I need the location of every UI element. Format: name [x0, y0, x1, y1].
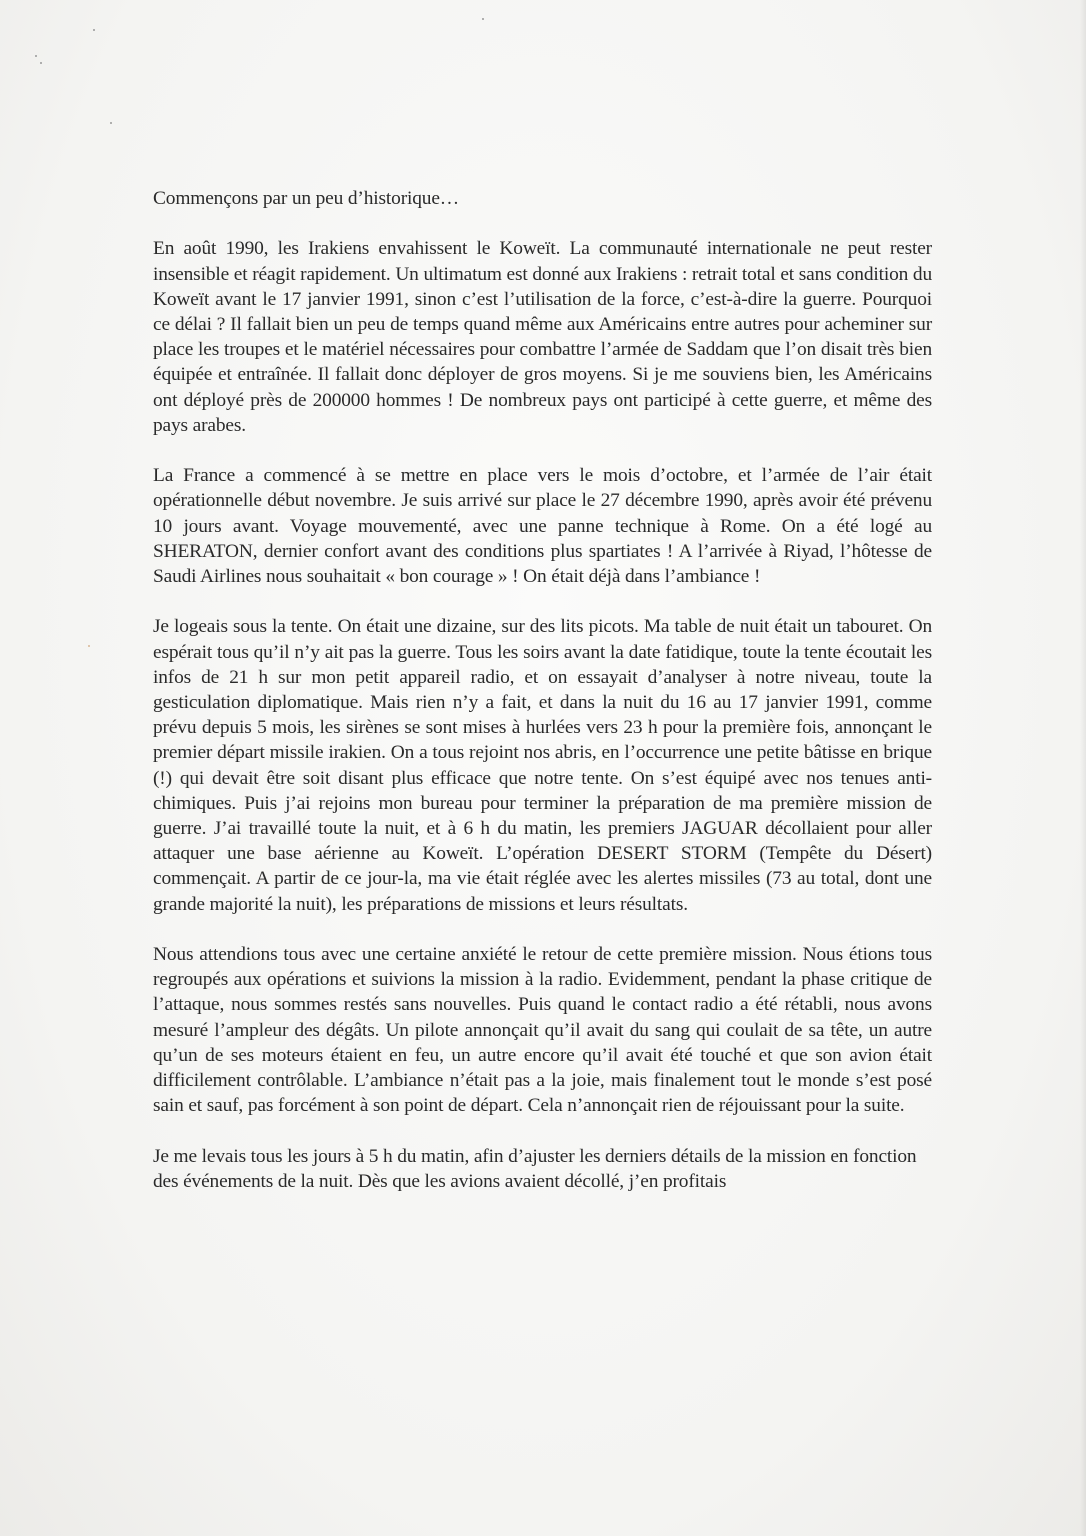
dust-speck: [40, 62, 42, 64]
document-body: Commençons par un peu d’historique… En a…: [153, 186, 932, 1194]
dust-speck: [93, 29, 95, 31]
dust-speck: [110, 122, 112, 124]
dust-speck: [482, 18, 484, 20]
scanned-page: Commençons par un peu d’historique… En a…: [0, 0, 1086, 1536]
page-edge-shadow: [1080, 0, 1086, 1536]
paragraph-arrivee: La France a commencé à se mettre en plac…: [153, 463, 932, 589]
dust-speck: [35, 55, 37, 57]
document-heading: Commençons par un peu d’historique…: [153, 186, 932, 211]
paragraph-routine: Je me levais tous les jours à 5 h du mat…: [153, 1144, 932, 1194]
paragraph-historique: En août 1990, les Irakiens envahissent l…: [153, 236, 932, 438]
paragraph-tente: Je logeais sous la tente. On était une d…: [153, 614, 932, 916]
stain-mark: [88, 645, 90, 647]
paragraph-premiere-mission: Nous attendions tous avec une certaine a…: [153, 942, 932, 1118]
